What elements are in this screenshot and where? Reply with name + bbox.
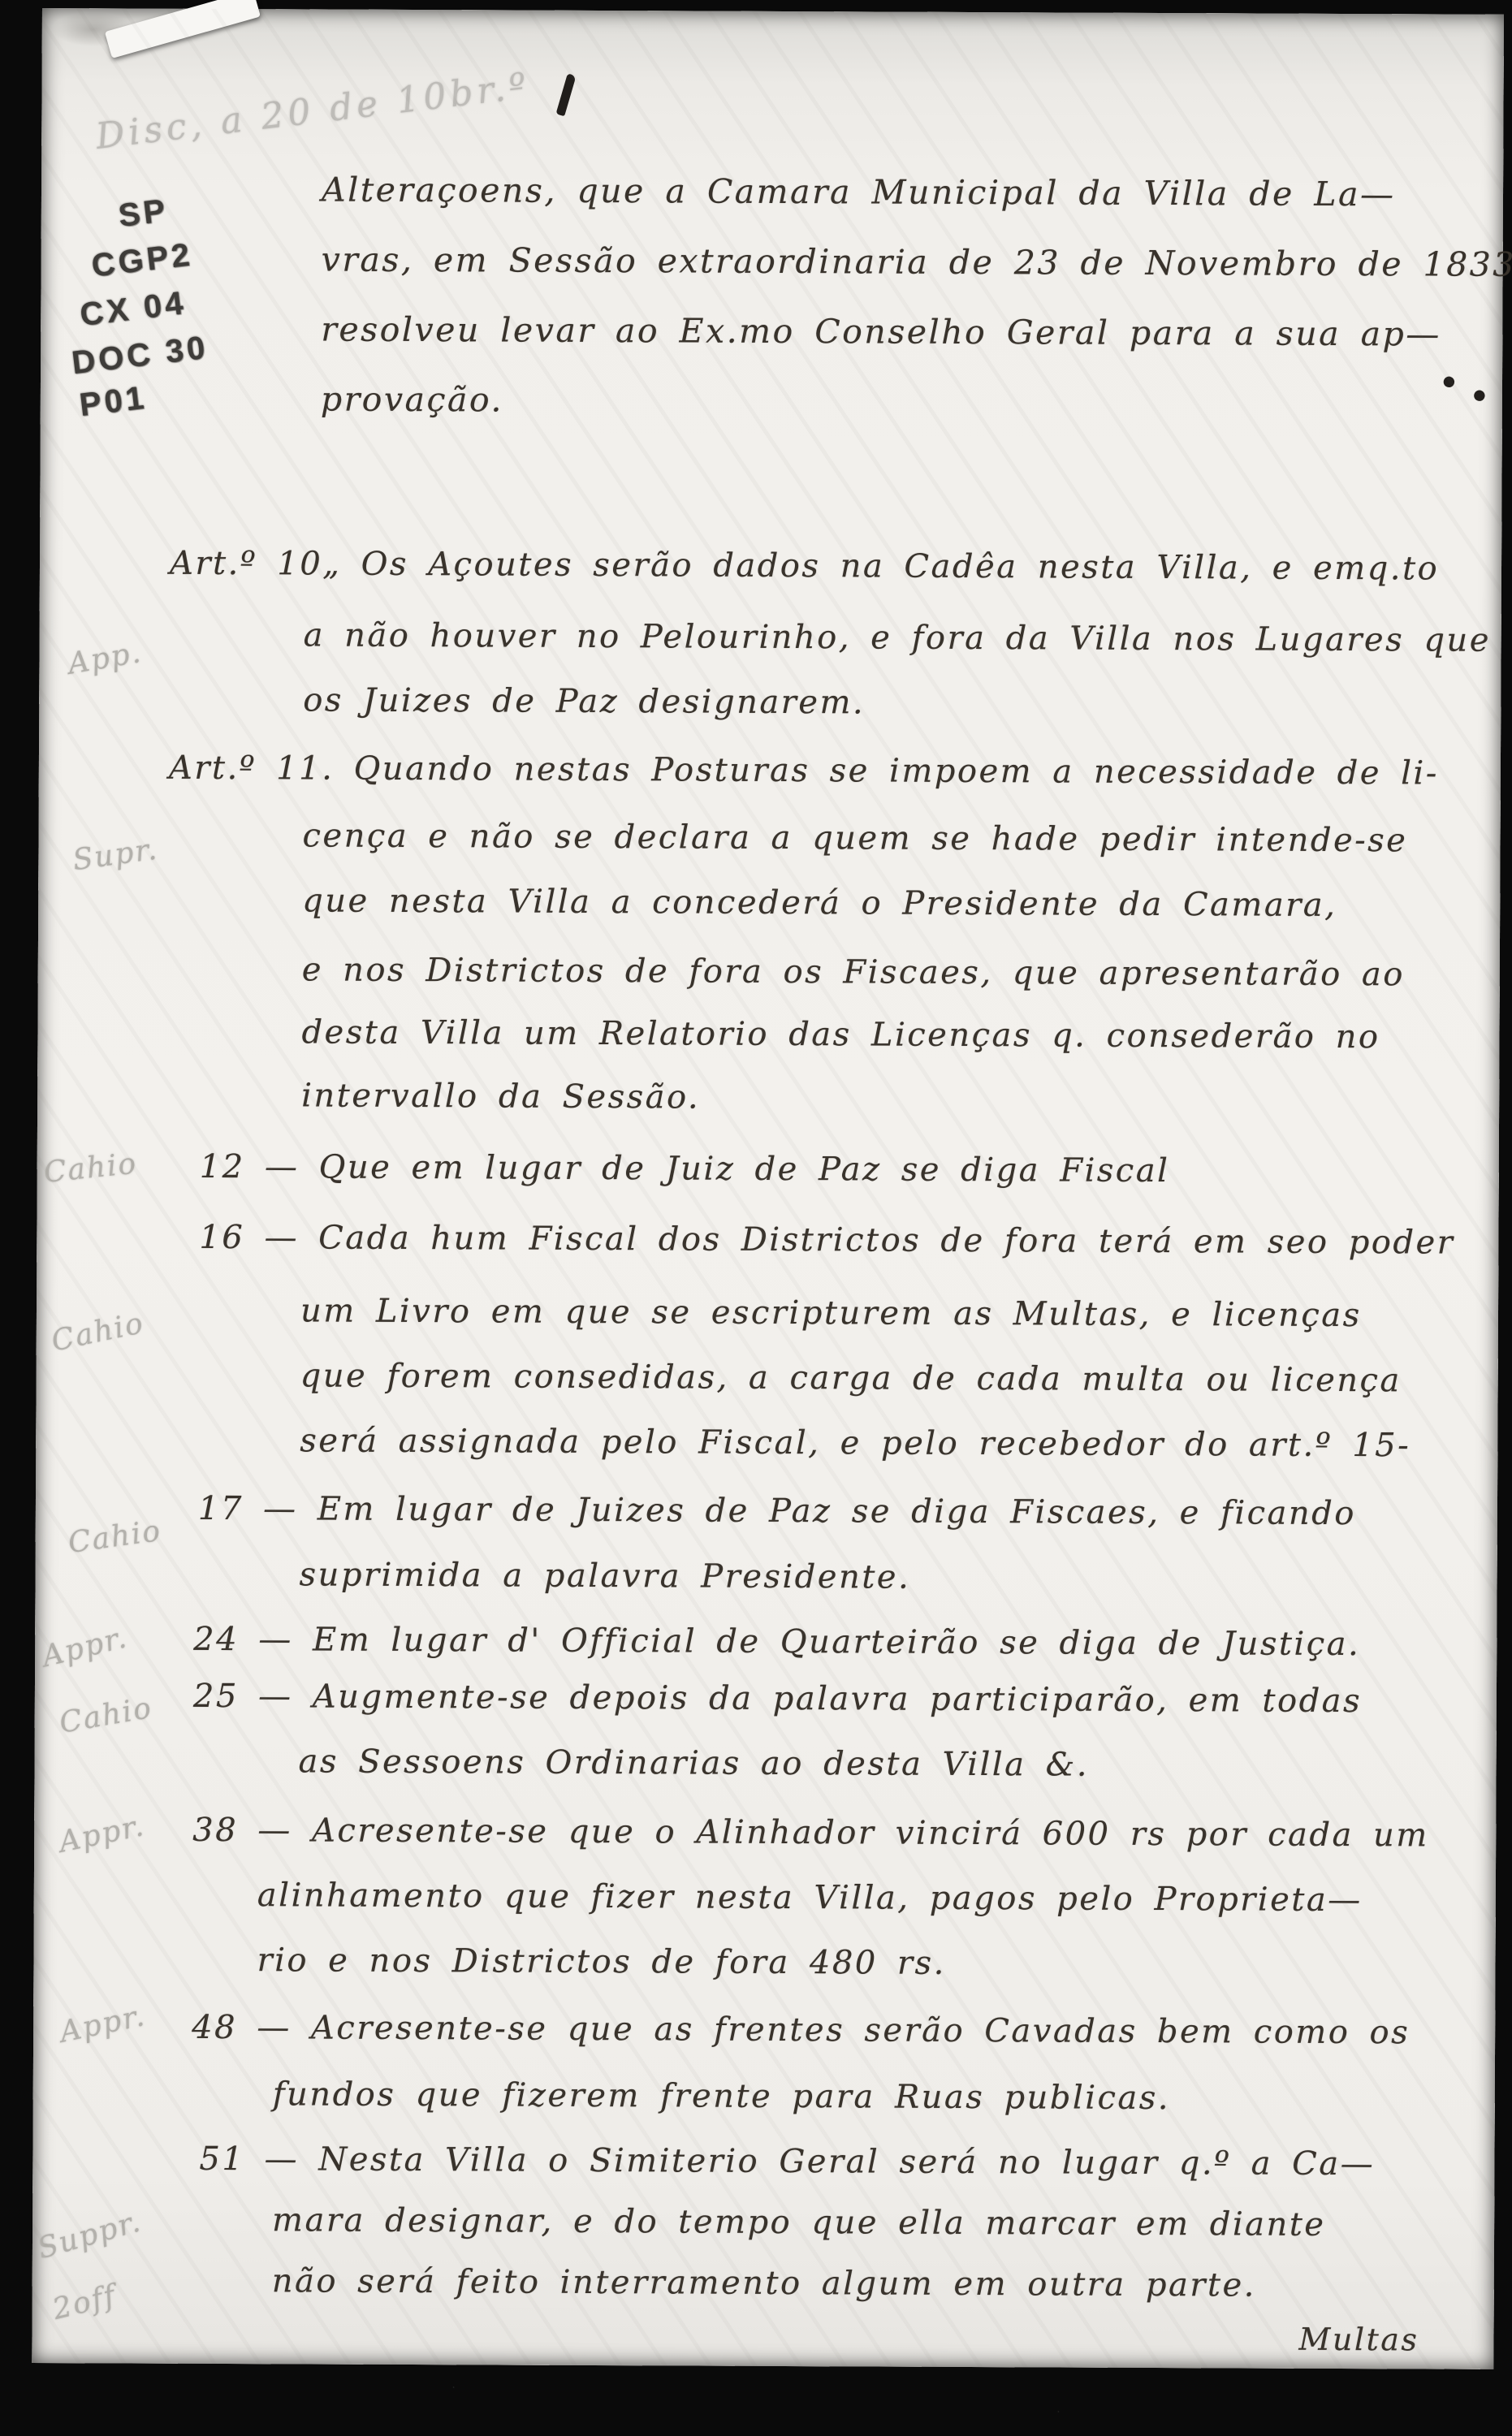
margin-note: Appr.	[56, 1809, 148, 1859]
archive-stamp-line: P01	[78, 380, 149, 424]
margin-note: Suppr.	[34, 2205, 145, 2265]
ink-mark	[555, 73, 576, 116]
heading-line: provação.	[321, 380, 503, 420]
manuscript-line: Art.º 11. Quando nestas Posturas se impo…	[169, 749, 1439, 793]
archive-stamp-line: DOC 30	[70, 330, 210, 382]
heading-line: vras, em Sessão extraordinaria de 23 de …	[322, 240, 1512, 284]
margin-note: Cahio	[57, 1691, 155, 1740]
manuscript-line: e nos Districtos de fora os Fiscaes, que…	[302, 951, 1405, 993]
manuscript-line: 24 — Em lugar d' Official de Quarteirão …	[193, 1621, 1360, 1663]
manuscript-line: a não houver no Pelourinho, e fora da Vi…	[304, 616, 1491, 659]
margin-note: Cahio	[42, 1147, 139, 1190]
pencil-date-note: Disc, a 20 de 10br.º	[93, 65, 532, 158]
archive-stamp-line: CX 04	[78, 285, 188, 334]
manuscript-line: mara designar, e do tempo que ella marca…	[272, 2201, 1326, 2244]
manuscript-line: 51 — Nesta Villa o Simiterio Geral será …	[199, 2140, 1375, 2183]
margin-note: App.	[66, 636, 145, 681]
manuscript-line: não será feito interramento algum em out…	[272, 2262, 1256, 2304]
margin-note: Cahio	[49, 1307, 147, 1358]
margin-note: Appr.	[39, 1621, 131, 1674]
manuscript-line: fundos que fizerem frente para Ruas publ…	[273, 2075, 1170, 2117]
manuscript-line: desta Villa um Relatorio das Licenças q.…	[301, 1013, 1380, 1056]
manuscript-line: um Livro em que se escripturem as Multas…	[300, 1292, 1362, 1334]
manuscript-line: 48 — Acresente-se que as frentes serão C…	[192, 2009, 1410, 2052]
margin-note: Supr.	[71, 832, 160, 877]
manuscript-line: 16 — Cada hum Fiscal dos Districtos de f…	[199, 1219, 1454, 1262]
manuscript-line: 12 — Que em lugar de Juiz de Paz se diga…	[200, 1148, 1170, 1190]
manuscript-line: rio e nos Districtos de fora 480 rs.	[257, 1941, 946, 1982]
heading-line: resolveu levar ao Ex.mo Conselho Geral p…	[321, 310, 1441, 354]
margin-note: Cahio	[67, 1514, 164, 1560]
manuscript-line: alinhamento que fizer nesta Villa, pagos…	[257, 1877, 1363, 1919]
manuscript-line: os Juizes de Paz designarem.	[303, 681, 865, 721]
catchword: Multas	[1298, 2322, 1419, 2358]
manuscript-line: cença e não se declara a quem se hade pe…	[302, 817, 1407, 859]
archive-stamp-line: SP	[116, 192, 170, 235]
manuscript-line: 17 — Em lugar de Juizes de Paz se diga F…	[198, 1490, 1356, 1532]
scanned-manuscript-page: { "colors": { "scan_background": "#0a0a0…	[0, 0, 1512, 2436]
manuscript-line: 25 — Augmente-se depois da palavra parti…	[193, 1678, 1362, 1720]
manuscript-line: Art.º 10„ Os Açoutes serão dados na Cadê…	[170, 545, 1439, 588]
manuscript-line: que nesta Villa a concederá o Presidente…	[302, 882, 1337, 924]
ink-dots: ••	[1429, 358, 1508, 425]
manuscript-line: será assignada pelo Fiscal, e pelo receb…	[300, 1422, 1410, 1464]
archive-stamp-line: CGP2	[89, 236, 194, 284]
margin-note: 2off	[50, 2278, 120, 2326]
manuscript-line: intervallo da Sessão.	[301, 1077, 700, 1116]
manuscript-paper: Disc, a 20 de 10br.º SP CGP2 CX 04 DOC 3…	[32, 8, 1504, 2369]
manuscript-line: 38 — Acresente-se que o Alinhador vincir…	[192, 1812, 1429, 1855]
margin-note: Appr.	[57, 1999, 149, 2049]
page-corner-artifact	[105, 0, 261, 58]
manuscript-line: suprimida a palavra Presidente.	[299, 1556, 910, 1596]
heading-line: Alteraçoens, que a Camara Municipal da V…	[322, 171, 1396, 214]
manuscript-line: as Sessoens Ordinarias ao desta Villa &.	[298, 1743, 1089, 1783]
manuscript-line: que forem consedidas, a carga de cada mu…	[300, 1357, 1402, 1399]
